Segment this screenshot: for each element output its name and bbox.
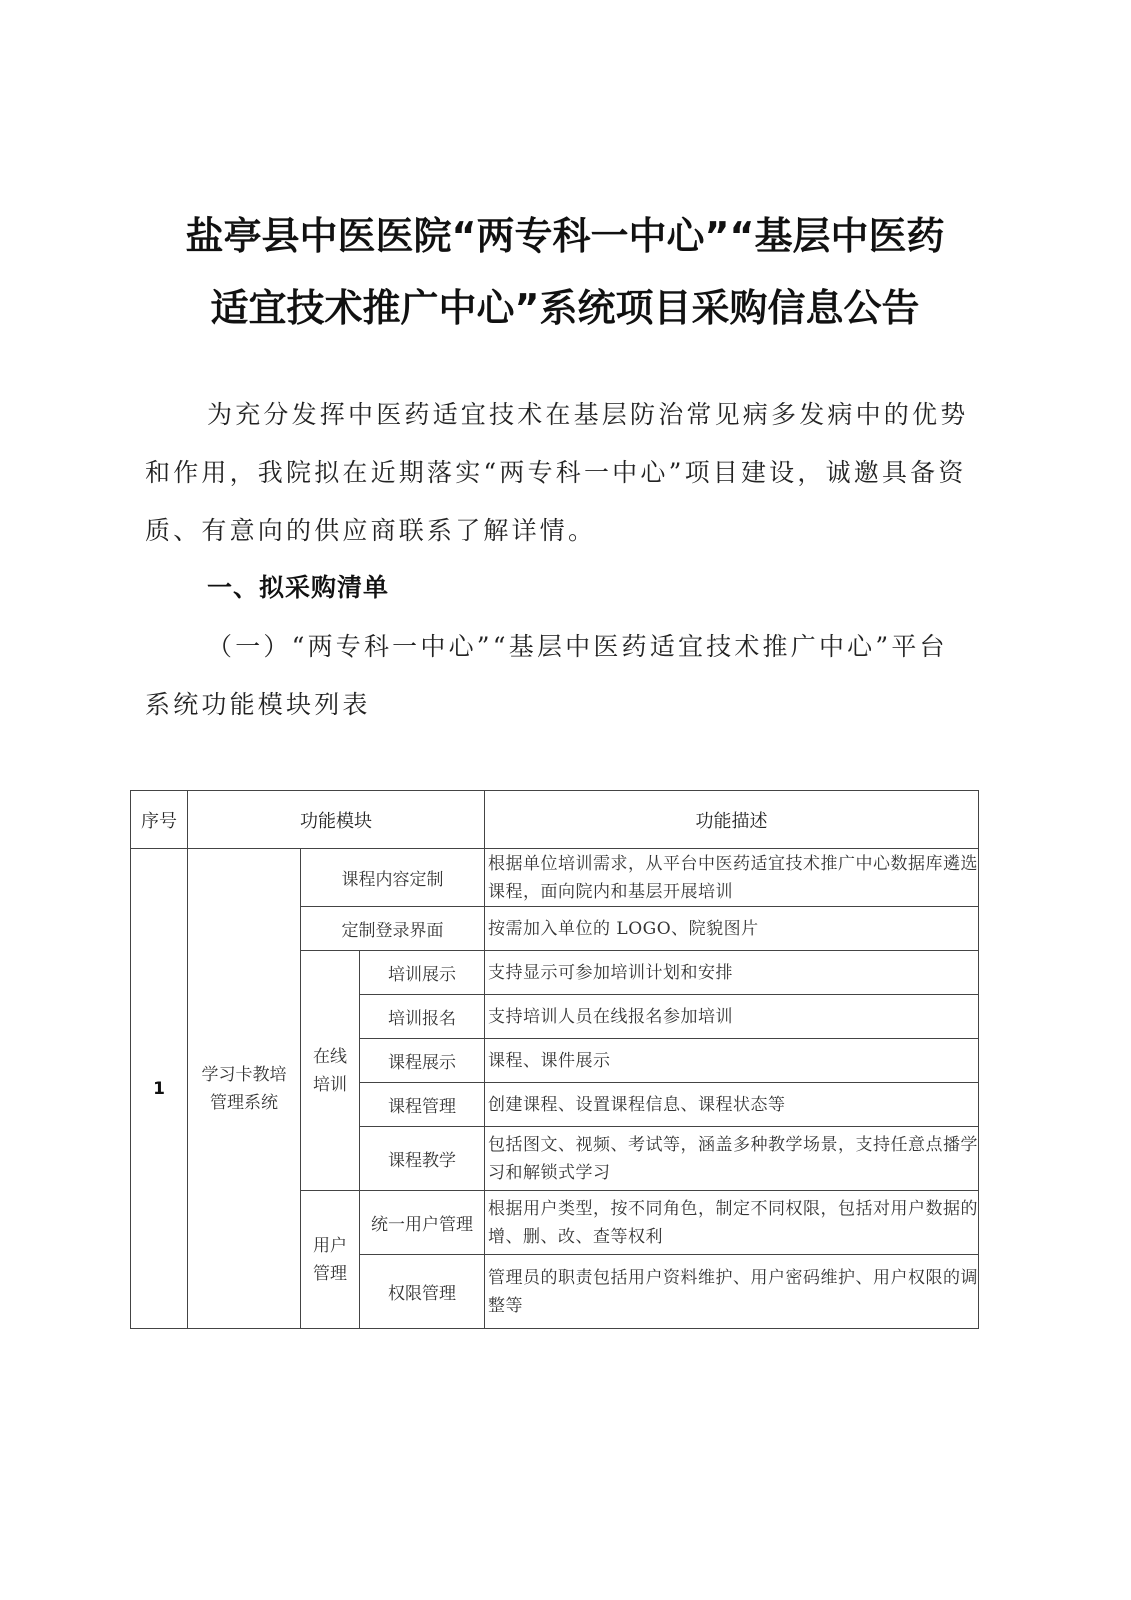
cell-item-name: 培训报名 bbox=[360, 995, 485, 1039]
section-heading: 一、拟采购清单 bbox=[207, 568, 389, 608]
table-row: 1 学习卡教培管理系统 课程内容定制 根据单位培训需求，从平台中医药适宜技术推广… bbox=[131, 849, 979, 907]
group-name: 用户管理 bbox=[310, 1232, 350, 1288]
intro-text: 为充分发挥中医药适宜技术在基层防治常见病多发病中的优势和作用，我院拟在近期落实“… bbox=[145, 400, 968, 545]
cell-item-description: 创建课程、设置课程信息、课程状态等 bbox=[485, 1083, 979, 1127]
header-module: 功能模块 bbox=[188, 791, 485, 849]
function-module-table: 序号 功能模块 功能描述 1 学习卡教培管理系统 课程内容定制 根据单位培训需求… bbox=[130, 790, 979, 1329]
cell-group: 用户管理 bbox=[301, 1191, 360, 1329]
subsection-heading: （一）“两专科一中心”“基层中医药适宜技术推广中心”平台系统功能模块列表 bbox=[145, 618, 975, 734]
cell-item-description: 根据单位培训需求，从平台中医药适宜技术推广中心数据库遴选课程，面向院内和基层开展… bbox=[485, 849, 979, 907]
cell-item-description: 课程、课件展示 bbox=[485, 1039, 979, 1083]
cell-item-name: 统一用户管理 bbox=[360, 1191, 485, 1255]
document-title: 盐亭县中医医院“两专科一中心”“基层中医药 适宜技术推广中心”系统项目采购信息公… bbox=[140, 200, 990, 344]
table-header-row: 序号 功能模块 功能描述 bbox=[131, 791, 979, 849]
cell-group: 在线培训 bbox=[301, 951, 360, 1191]
cell-system: 学习卡教培管理系统 bbox=[188, 849, 301, 1329]
cell-item-name: 课程管理 bbox=[360, 1083, 485, 1127]
cell-item-name: 培训展示 bbox=[360, 951, 485, 995]
intro-paragraph: 为充分发挥中医药适宜技术在基层防治常见病多发病中的优势和作用，我院拟在近期落实“… bbox=[145, 386, 975, 560]
header-description: 功能描述 bbox=[485, 791, 979, 849]
cell-item-description: 按需加入单位的 LOGO、院貌图片 bbox=[485, 907, 979, 951]
cell-seq: 1 bbox=[131, 849, 188, 1329]
subsection-text: （一）“两专科一中心”“基层中医药适宜技术推广中心”平台系统功能模块列表 bbox=[145, 632, 948, 719]
group-name: 在线培训 bbox=[310, 1043, 350, 1099]
system-name: 学习卡教培管理系统 bbox=[198, 1061, 290, 1117]
cell-item-description: 支持显示可参加培训计划和安排 bbox=[485, 951, 979, 995]
cell-item-name: 课程展示 bbox=[360, 1039, 485, 1083]
cell-item-description: 管理员的职责包括用户资料维护、用户密码维护、用户权限的调整等 bbox=[485, 1255, 979, 1329]
title-line-1: 盐亭县中医医院“两专科一中心”“基层中医药 bbox=[140, 200, 990, 272]
cell-item-name: 课程内容定制 bbox=[301, 849, 485, 907]
cell-item-name: 定制登录界面 bbox=[301, 907, 485, 951]
document-page: 盐亭县中医医院“两专科一中心”“基层中医药 适宜技术推广中心”系统项目采购信息公… bbox=[0, 0, 1131, 1600]
title-line-2: 适宜技术推广中心”系统项目采购信息公告 bbox=[140, 272, 990, 344]
header-seq: 序号 bbox=[131, 791, 188, 849]
cell-item-name: 权限管理 bbox=[360, 1255, 485, 1329]
cell-item-description: 包括图文、视频、考试等，涵盖多种教学场景，支持任意点播学习和解锁式学习 bbox=[485, 1127, 979, 1191]
cell-item-description: 支持培训人员在线报名参加培训 bbox=[485, 995, 979, 1039]
cell-item-name: 课程教学 bbox=[360, 1127, 485, 1191]
cell-item-description: 根据用户类型，按不同角色，制定不同权限，包括对用户数据的增、删、改、查等权利 bbox=[485, 1191, 979, 1255]
